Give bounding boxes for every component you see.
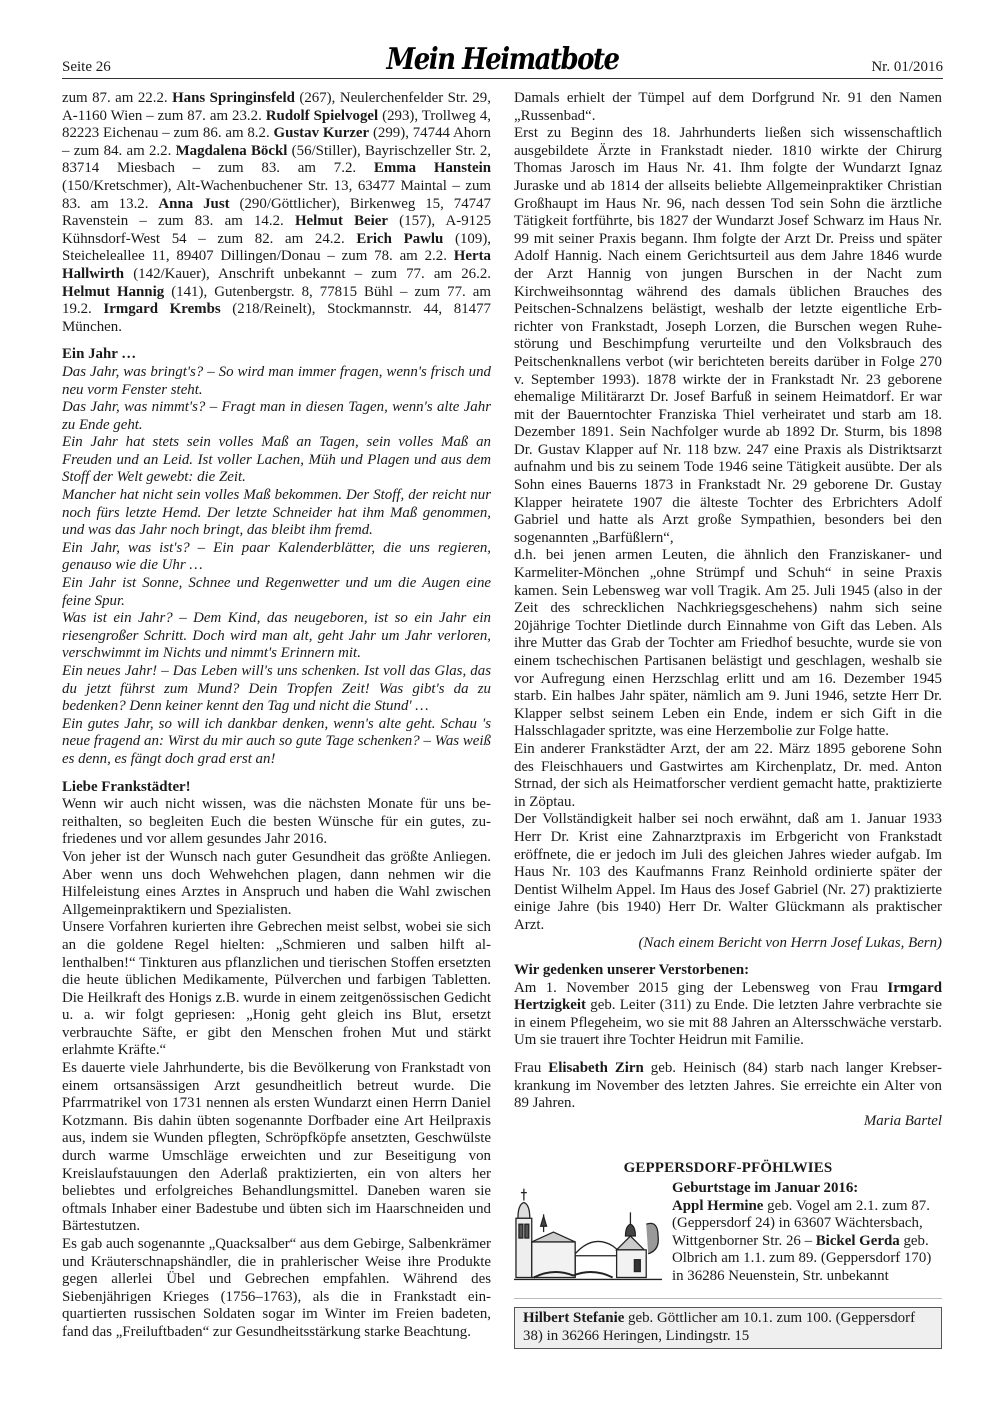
section-title: GEPPERSDORF-PFÖHLWIES: [514, 1160, 942, 1178]
paragraph: Das Jahr, was bringt's? – So wird man im…: [62, 364, 491, 399]
paragraph: Es gab auch sogenannte „Quacksalber“ aus…: [62, 1236, 491, 1342]
paragraph: Ein Jahr ist Sonne, Schnee und Regenwett…: [62, 575, 491, 610]
paragraph: Der Vollständigkeit halber sei noch erwä…: [514, 811, 942, 934]
birthday-list-continued: zum 87. am 22.2. Hans Springinsfeld (267…: [62, 90, 491, 336]
greeting-title: Liebe Frankstädter!: [62, 779, 491, 797]
page-number: Seite 26: [62, 59, 111, 76]
paragraph: Ein Jahr, was ist's? – Ein paar Kalender…: [62, 540, 491, 575]
paragraph: Damals erhielt der Tümpel auf dem Dorfgr…: [514, 90, 942, 125]
obituary-1: Am 1. November 2015 ging der Lebensweg v…: [514, 980, 942, 1050]
article-credit: (Nach einem Bericht von Herrn Josef Luka…: [514, 935, 942, 953]
poem: Das Jahr, was bringt's? – So wird man im…: [62, 364, 491, 769]
masthead-logo: Mein Heimatbote: [386, 43, 618, 78]
article-body-left: Wenn wir auch nicht wissen, was die näch…: [62, 796, 491, 1341]
paragraph: d.h. bei jenen armen Leuten, die ähnlich…: [514, 547, 942, 741]
paragraph: Erst zu Beginn des 18. Jahrhunderts ließ…: [514, 125, 942, 547]
signature: Maria Bartel: [864, 1113, 942, 1131]
obituary-title: Wir gedenken unserer Verstorbenen:: [514, 962, 942, 980]
paragraph: Ein Jahr hat stets sein volles Maß an Ta…: [62, 434, 491, 487]
paragraph: Mancher hat nicht sein volles Maß bekomm…: [62, 487, 491, 540]
paragraph: Es dauerte viele Jahrhunderte, bis die B…: [62, 1060, 491, 1236]
paragraph: Unsere Vorfahren kurierten ihre Gebreche…: [62, 919, 491, 1060]
church-village-illustration-icon: [514, 1184, 662, 1294]
paragraph: Ein neues Jahr! – Das Leben will's uns s…: [62, 663, 491, 716]
divider: [514, 1298, 942, 1299]
article-body-right: Damals erhielt der Tümpel auf dem Dorfgr…: [514, 90, 942, 935]
birthdays-heading: Geburtstage im Januar 2016:: [672, 1180, 942, 1198]
paragraph: Was ist ein Jahr? – Dem Kind, das neugeb…: [62, 610, 491, 663]
poem-title: Ein Jahr …: [62, 346, 491, 364]
paragraph: Ein anderer Frankstädter Arzt, der am 22…: [514, 741, 942, 811]
right-column: Damals erhielt der Tümpel auf dem Dorfgr…: [514, 90, 942, 1349]
paragraph: Von jeher ist der Wunsch nach guter Gesu…: [62, 849, 491, 919]
geppersdorf-birthdays: Geburtstage im Januar 2016: Appl Hermine…: [514, 1180, 942, 1294]
paragraph: Das Jahr, was nimmt's? – Fragt man in di…: [62, 399, 491, 434]
highlight-box: Hilbert Stefanie geb. Göttlicher am 10.1…: [514, 1307, 942, 1349]
issue-number: Nr. 01/2016: [871, 59, 943, 76]
obituary-2: Frau Elisabeth Zirn geb. Heinisch (84) s…: [514, 1060, 942, 1113]
page-header: Seite 26 Mein Heimatbote Nr. 01/2016: [62, 44, 943, 79]
paragraph: Wenn wir auch nicht wissen, was die näch…: [62, 796, 491, 849]
left-column: zum 87. am 22.2. Hans Springinsfeld (267…: [62, 90, 491, 1342]
paragraph: Ein gutes Jahr, so will ich dankbar denk…: [62, 716, 491, 769]
birthdays-list: Appl Hermine geb. Vogel am 2.1. zum 87. …: [672, 1198, 942, 1286]
